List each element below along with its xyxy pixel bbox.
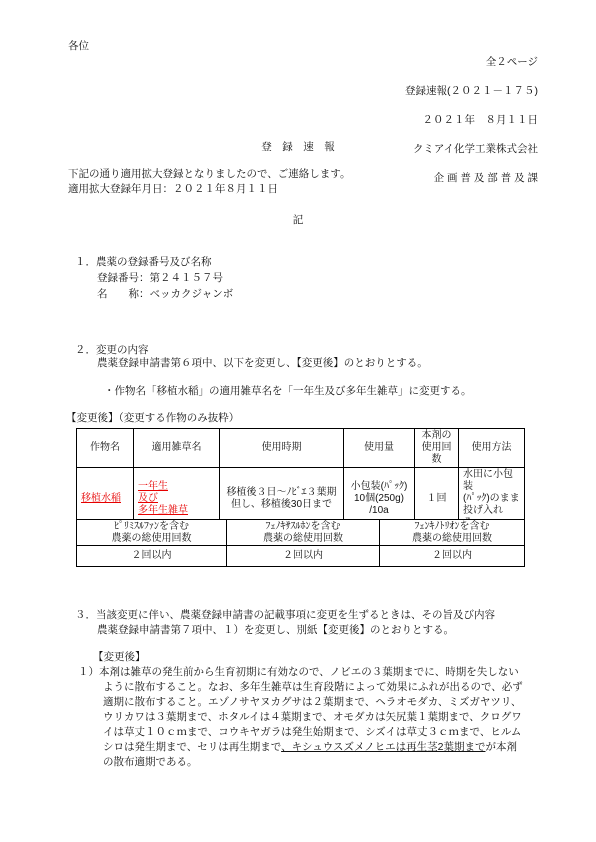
value-pyrimisulfan: ２回以内 <box>77 546 227 567</box>
header-crop: 作物名 <box>77 429 134 468</box>
usage-table: 作物名 適用雑草名 使用時期 使用量 本剤の 使用回数 使用方法 移植水稲 一年… <box>76 428 525 531</box>
product-name-line: 名 称：ベッカクジャンボ <box>97 288 233 301</box>
header-timing: 使用時期 <box>220 429 344 468</box>
section1-heading: １．農薬の登録番号及び名称 <box>75 256 212 269</box>
issue-date: ２０２１年 ８月１１日 <box>423 114 539 126</box>
bulletin-number: 登録速報(２０２１－１７５) <box>405 85 538 97</box>
paragraph-underlined-text: 、キシュウスズメノヒエは再生茎2葉期まで <box>281 741 485 753</box>
department-name: 企 画 普 及 部 普 及 課 <box>434 172 538 184</box>
header-right-block: 全２ページ 登録速報(２０２１－１７５) ２０２１年 ８月１１日 クミアイ化学工… <box>405 55 538 186</box>
value-fenoxasulfone: ２回以内 <box>227 546 380 567</box>
section2-line1: 農薬登録申請書第６項中、以下を変更し、【変更後】のとおりとする。 <box>97 357 428 370</box>
total-use-value-row: ２回以内 ２回以内 ２回以内 <box>77 546 525 567</box>
usage-table-header-row: 作物名 適用雑草名 使用時期 使用量 本剤の 使用回数 使用方法 <box>77 429 525 468</box>
section2-heading: ２．変更の内容 <box>75 344 149 357</box>
section3-heading: ３．当該変更に伴い、農薬登録申請書の記載事項に変更を生ずるときは、その旨及び内容 <box>75 609 495 622</box>
header-use-count: 本剤の 使用回数 <box>415 429 459 468</box>
registration-number-line: 登録番号：第２４１５７号 <box>97 272 223 285</box>
paragraph-text-start: 本剤は雑草の発生前から生育初期に有効なので、ノビエの３葉期までに、時期を失しない… <box>99 666 523 753</box>
section2-bullet: ・作物名「移植水稲」の適用雑草名を「一年生及び多年生雑草」に変更する。 <box>104 385 472 398</box>
document-page: 各位 全２ページ 登録速報(２０２１－１７５) ２０２１年 ８月１１日 クミアイ… <box>0 0 596 842</box>
ki-marker: 記 <box>0 214 596 227</box>
paragraph-marker: １） <box>78 666 99 678</box>
intro-line: 下記の通り適用拡大登録となりましたので、ご連絡します。 <box>68 168 350 181</box>
header-fenquinotrione: ﾌｪﾝｷﾉﾄﾘｵﾝを含む 農薬の総使用回数 <box>380 520 525 546</box>
header-pyrimisulfan: ﾋﾟﾘﾐｽﾙﾌｧﾝを含む 農薬の総使用回数 <box>77 520 227 546</box>
application-note-paragraph: １）本剤は雑草の発生前から生育初期に有効なので、ノビエの３葉期までに、時期を失し… <box>78 665 548 770</box>
usage-table-caption: 【変更後】（変更する作物のみ抜粋） <box>66 412 239 425</box>
registration-date-line: 適用拡大登録年月日：２０２１年８月１１日 <box>68 183 278 196</box>
total-use-header-row: ﾋﾟﾘﾐｽﾙﾌｧﾝを含む 農薬の総使用回数 ﾌｪﾉｷｻｽﾙﾎﾝを含む 農薬の総使… <box>77 520 525 546</box>
total-use-count-table: ﾋﾟﾘﾐｽﾙﾌｧﾝを含む 農薬の総使用回数 ﾌｪﾉｷｻｽﾙﾎﾝを含む 農薬の総使… <box>76 519 525 567</box>
header-weeds: 適用雑草名 <box>134 429 220 468</box>
value-fenquinotrione: ２回以内 <box>380 546 525 567</box>
recipient-line: 各位 <box>68 40 89 53</box>
document-title: 登 録 速 報 <box>0 141 596 154</box>
section3-line1: 農薬登録申請書第７項中、１）を変更し、別紙【変更後】のとおりとする。 <box>97 624 454 637</box>
section3-subheading: 【変更後】 <box>93 651 146 664</box>
header-method: 使用方法 <box>459 429 525 468</box>
header-amount: 使用量 <box>344 429 415 468</box>
header-fenoxasulfone: ﾌｪﾉｷｻｽﾙﾎﾝを含む 農薬の総使用回数 <box>227 520 380 546</box>
page-count: 全２ページ <box>486 56 538 68</box>
